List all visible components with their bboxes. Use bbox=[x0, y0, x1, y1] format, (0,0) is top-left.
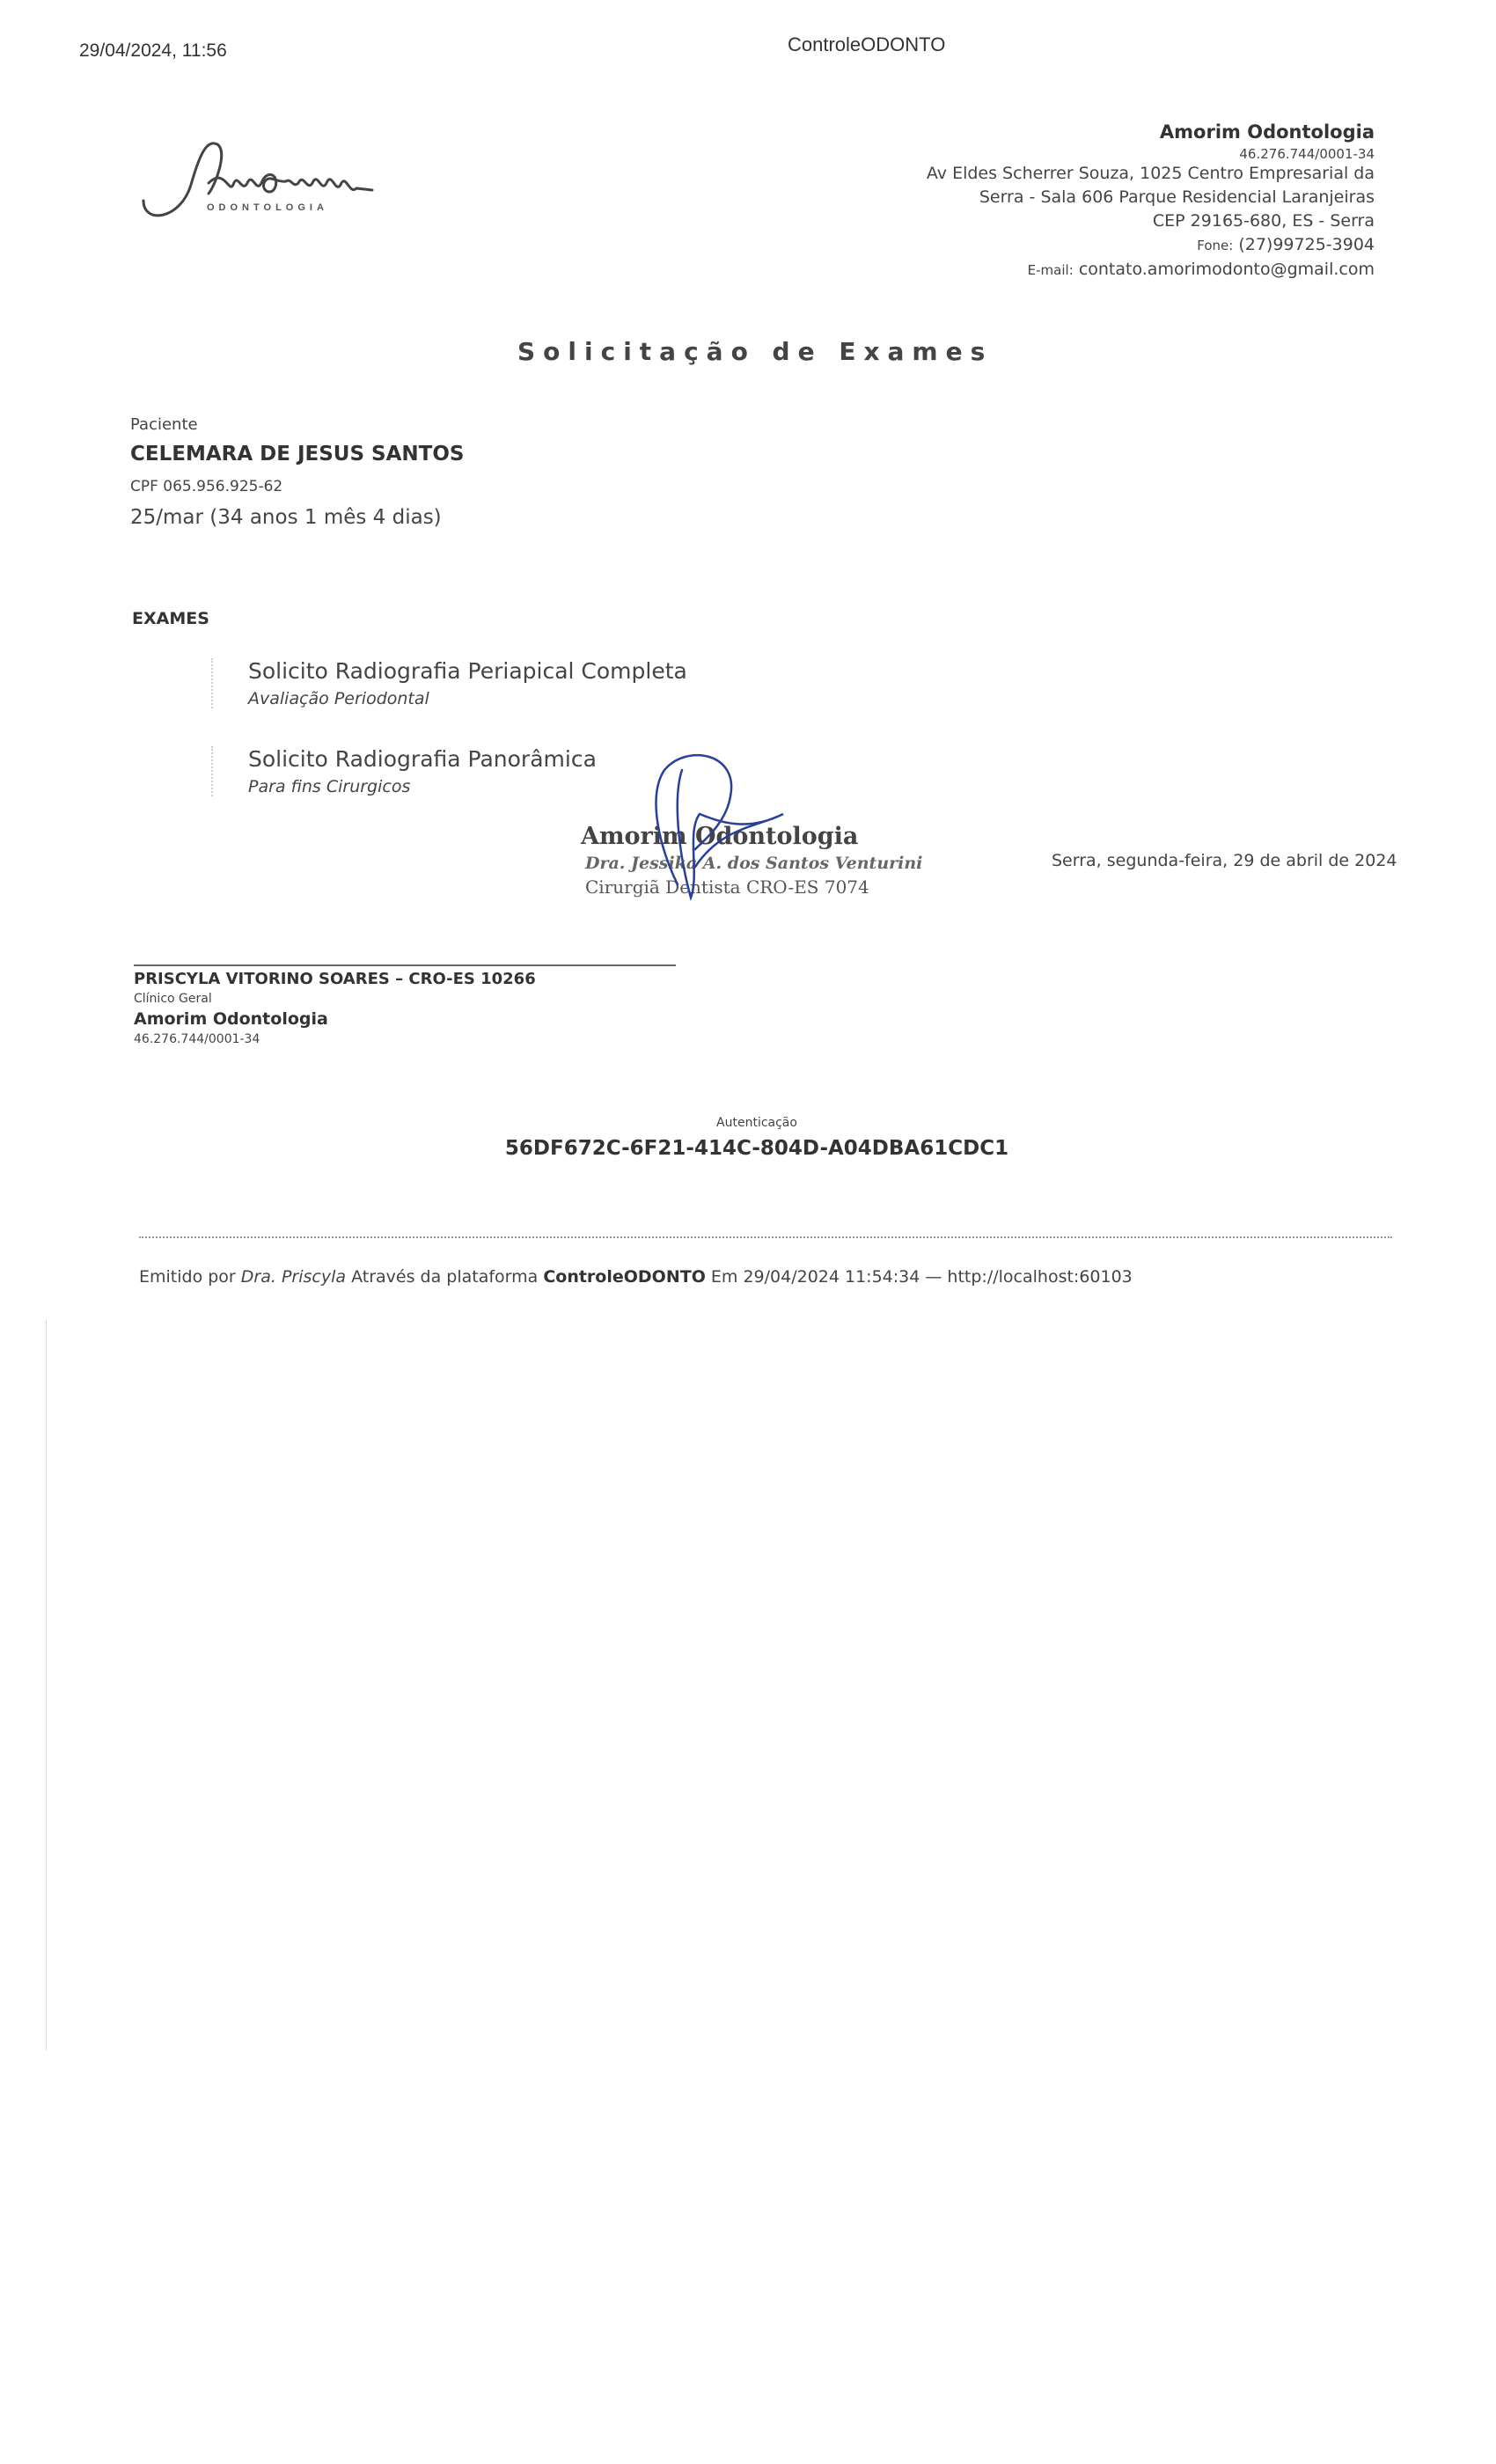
email-label: E-mail: bbox=[1028, 262, 1074, 278]
dentist-name: PRISCYLA VITORINO SOARES – CRO-ES 10266 bbox=[134, 970, 536, 988]
dentist-role: Clínico Geral bbox=[134, 992, 536, 1006]
patient-cpf: CPF 065.956.925-62 bbox=[130, 478, 464, 495]
exam-title: Solicito Radiografia Panorâmica bbox=[248, 746, 597, 772]
phone-label: Fone: bbox=[1197, 238, 1233, 253]
handwritten-signature-icon bbox=[642, 744, 792, 920]
exam-item: Solicito Radiografia Periapical Completa… bbox=[211, 658, 687, 708]
logo-subtitle: ODONTOLOGIA bbox=[207, 202, 328, 213]
clinic-address-3: CEP 29165-680, ES - Serra bbox=[927, 209, 1375, 233]
footer-platform: ControleODONTO bbox=[543, 1267, 706, 1287]
exam-note: Avaliação Periodontal bbox=[248, 689, 687, 708]
scan-edge-line bbox=[46, 1320, 47, 2050]
footer-divider bbox=[139, 1236, 1392, 1238]
signature-line bbox=[134, 964, 676, 966]
dentist-clinic: Amorim Odontologia bbox=[134, 1009, 536, 1029]
clinic-address-1: Av Eldes Scherrer Souza, 1025 Centro Emp… bbox=[927, 162, 1375, 186]
patient-block: Paciente CELEMARA DE JESUS SANTOS CPF 06… bbox=[130, 415, 464, 529]
exam-note: Para fins Cirurgicos bbox=[248, 777, 597, 796]
clinic-phone: (27)99725-3904 bbox=[1238, 235, 1375, 254]
footer-issuer: Dra. Priscyla bbox=[241, 1267, 346, 1287]
place-date: Serra, segunda-feira, 29 de abril de 202… bbox=[1052, 851, 1397, 870]
patient-birth-age: 25/mar (34 anos 1 mês 4 dias) bbox=[130, 506, 464, 529]
print-app-title: ControleODONTO bbox=[788, 33, 945, 56]
patient-name: CELEMARA DE JESUS SANTOS bbox=[130, 443, 464, 466]
patient-label: Paciente bbox=[130, 415, 464, 434]
clinic-name: Amorim Odontologia bbox=[927, 121, 1375, 143]
exams-label: EXAMES bbox=[132, 609, 209, 628]
authentication-label: Autenticação bbox=[0, 1116, 1496, 1130]
clinic-logo-icon bbox=[136, 132, 400, 229]
clinic-cnpj: 46.276.744/0001-34 bbox=[927, 146, 1375, 162]
dentist-cnpj: 46.276.744/0001-34 bbox=[134, 1032, 536, 1046]
dentist-block: PRISCYLA VITORINO SOARES – CRO-ES 10266 … bbox=[134, 970, 536, 1046]
footer-suffix: Em 29/04/2024 11:54:34 — http://localhos… bbox=[711, 1267, 1133, 1287]
document-title: Solicitação de Exames bbox=[517, 337, 993, 366]
issued-footer: Emitido por Dra. Priscyla Através da pla… bbox=[139, 1267, 1133, 1287]
exam-title: Solicito Radiografia Periapical Completa bbox=[248, 658, 687, 684]
footer-mid: Através da plataforma bbox=[351, 1267, 538, 1287]
footer-prefix: Emitido por bbox=[139, 1267, 236, 1287]
authentication-block: Autenticação 56DF672C-6F21-414C-804D-A04… bbox=[0, 1116, 1496, 1160]
exam-item: Solicito Radiografia Panorâmica Para fin… bbox=[211, 746, 597, 796]
clinic-address-2: Serra - Sala 606 Parque Residencial Lara… bbox=[927, 186, 1375, 209]
clinic-header: Amorim Odontologia 46.276.744/0001-34 Av… bbox=[927, 121, 1375, 282]
clinic-email: contato.amorimodonto@gmail.com bbox=[1079, 260, 1375, 279]
print-datetime: 29/04/2024, 11:56 bbox=[79, 40, 227, 62]
authentication-code: 56DF672C-6F21-414C-804D-A04DBA61CDC1 bbox=[0, 1137, 1496, 1160]
